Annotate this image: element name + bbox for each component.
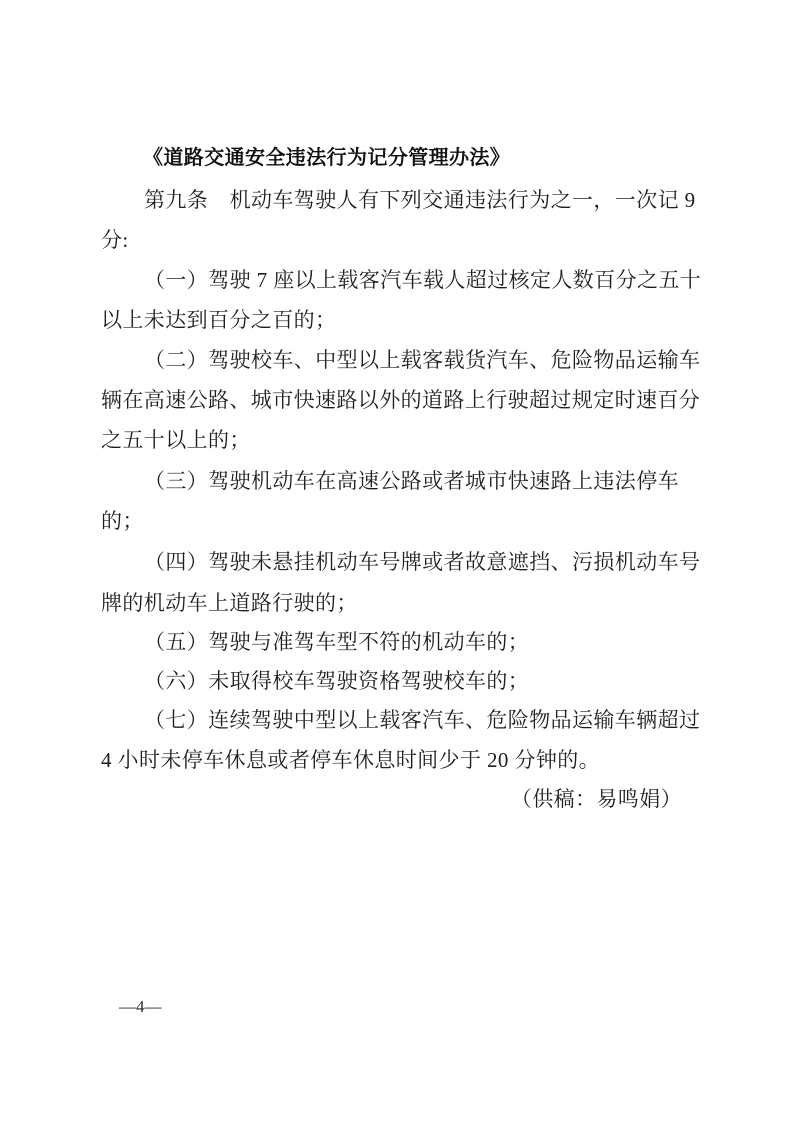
document-title: 《道路交通安全违法行为记分管理办法》 bbox=[143, 147, 510, 169]
document-line: 辆在高速公路、城市快速路以外的道路上行驶超过规定时速百分 bbox=[101, 389, 700, 412]
page-number: —4— bbox=[119, 998, 162, 1016]
document-line-clause-6: （六）未取得校车驾驶资格驾驶校车的； bbox=[144, 670, 529, 693]
document-line: 分: bbox=[101, 229, 129, 252]
document-line: 牌的机动车上道路行驶的； bbox=[101, 592, 358, 615]
document-line-clause-5: （五）驾驶与准驾车型不符的机动车的； bbox=[144, 631, 529, 654]
document-line: 4 小时未停车休息或者停车休息时间少于 20 分钟的。 bbox=[101, 749, 600, 772]
document-line-clause-3: （三）驾驶机动车在高速公路或者城市快速路上违法停车 bbox=[144, 470, 679, 493]
document-line: 之五十以上的； bbox=[101, 429, 251, 452]
document-line-clause-2: （二）驾驶校车、中型以上载客载货汽车、危险物品运输车 bbox=[144, 349, 700, 372]
document-line: 以上未达到百分之百的； bbox=[101, 309, 336, 332]
document-line-article: 第九条 机动车驾驶人有下列交通违法行为之一，一次记 9 bbox=[144, 189, 696, 212]
document-page: 《道路交通安全违法行为记分管理办法》 第九条 机动车驾驶人有下列交通违法行为之一… bbox=[0, 0, 793, 1122]
document-line-clause-7: （七）连续驾驶中型以上载客汽车、危险物品运输车辆超过 bbox=[144, 709, 700, 732]
document-line-clause-1: （一）驾驶 7 座以上载客汽车载人超过核定人数百分之五十 bbox=[144, 269, 701, 292]
document-line-clause-4: （四）驾驶未悬挂机动车号牌或者故意遮挡、污损机动车号 bbox=[144, 551, 700, 574]
document-line: 的； bbox=[101, 510, 144, 533]
contributor-credit: （供稿：易鸣娟） bbox=[511, 788, 682, 811]
